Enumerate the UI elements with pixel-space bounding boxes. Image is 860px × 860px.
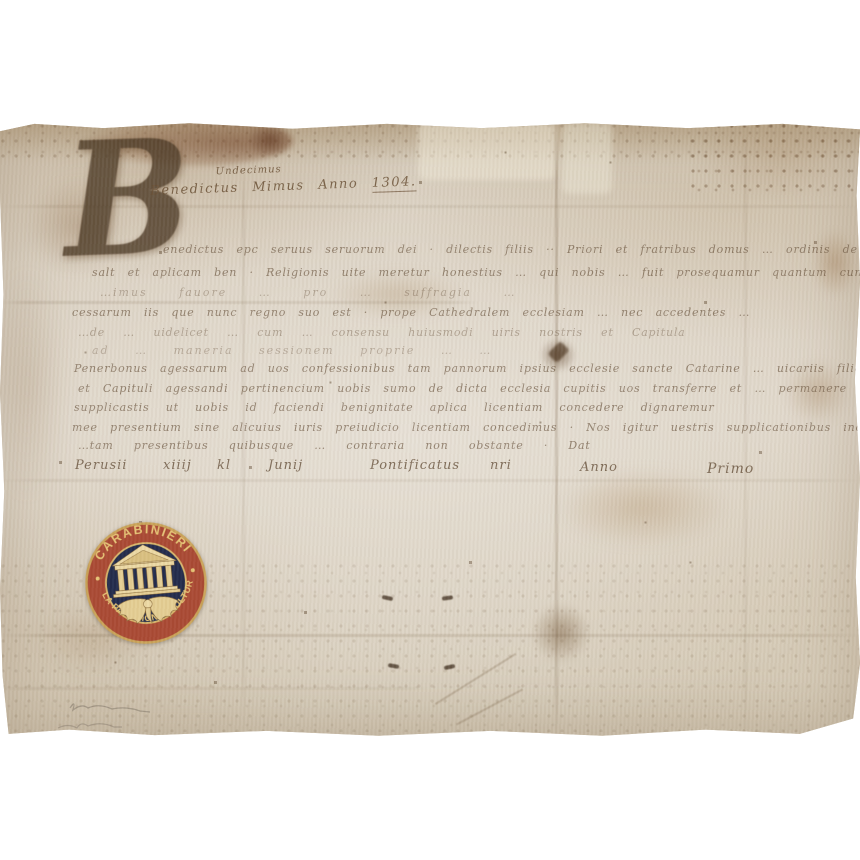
manuscript-line: supplicastis ut uobis id faciendi benign…: [74, 401, 715, 414]
foxing-speckles: [690, 122, 860, 197]
carabinieri-tpc-badge: CARABINIERI TUTELA PATRIMONIO CULTURALE: [79, 516, 213, 650]
dateline-word: Primo: [707, 461, 754, 477]
manuscript-photo: B Undecimus Benedictus Mimus Anno 1304. …: [0, 0, 860, 860]
ink-specks: [0, 122, 1, 123]
ink-blot: [388, 663, 400, 669]
stain: [812, 230, 858, 296]
manuscript-line: …tam presentibus quibusque … contraria n…: [78, 439, 591, 452]
manuscript-line: …de … uidelicet … cum … consensu huiusmo…: [78, 326, 686, 339]
manuscript-line: et Capituli agessandi pertinencium uobis…: [78, 382, 860, 395]
dateline-word: kl: [217, 458, 231, 473]
dateline-word: Perusii: [75, 458, 127, 473]
annotation-year: 1304.: [372, 174, 417, 193]
dateline: Perusii xiiij kl Junij Pontificatus nri …: [0, 458, 860, 484]
scratch-mark: [456, 689, 523, 726]
manuscript-line: salt et aplicam ben · Religionis uite me…: [92, 266, 860, 279]
stain: [700, 122, 860, 199]
manuscript-line: cessarum iis que nunc regno suo est · pr…: [72, 306, 750, 319]
ink-blot: [444, 664, 456, 670]
fold-crease: [0, 687, 430, 690]
scratch-mark: [435, 653, 517, 705]
dateline-word: Pontificatus: [370, 458, 460, 473]
manuscript-line: …imus fauore … pro … suffragia …: [100, 286, 517, 299]
ink-blot: [442, 595, 453, 600]
stain: [532, 604, 590, 662]
manuscript-line: Penerbonus agessarum ad uos confessionib…: [74, 362, 860, 375]
dateline-word: xiiij: [163, 458, 192, 473]
manuscript-line: mee presentium sine alicuius iuris preiu…: [72, 421, 860, 434]
annotation-anno-label: Anno: [318, 176, 358, 192]
parchment-sheet: B Undecimus Benedictus Mimus Anno 1304. …: [0, 122, 860, 737]
repair-patch: [562, 122, 612, 194]
fold-crease: [0, 301, 480, 304]
dateline-word: Junij: [268, 458, 303, 473]
dateline-word: Anno: [580, 460, 618, 475]
annotation-pope-name: Benedictus Mimus: [150, 178, 305, 198]
annotation-line2: Benedictus Mimus Anno 1304.: [150, 174, 417, 198]
pencil-annotation: [50, 694, 175, 737]
fold-hole-stain: [548, 341, 570, 363]
manuscript-line: enedictus epc seruus seruorum dei · dile…: [163, 243, 860, 256]
dateline-word: nri: [490, 458, 512, 473]
repair-patch: [418, 122, 556, 180]
manuscript-line: ad … maneria sessionem proprie … …: [92, 344, 492, 357]
ink-blot: [382, 595, 394, 601]
stain: [248, 122, 292, 158]
